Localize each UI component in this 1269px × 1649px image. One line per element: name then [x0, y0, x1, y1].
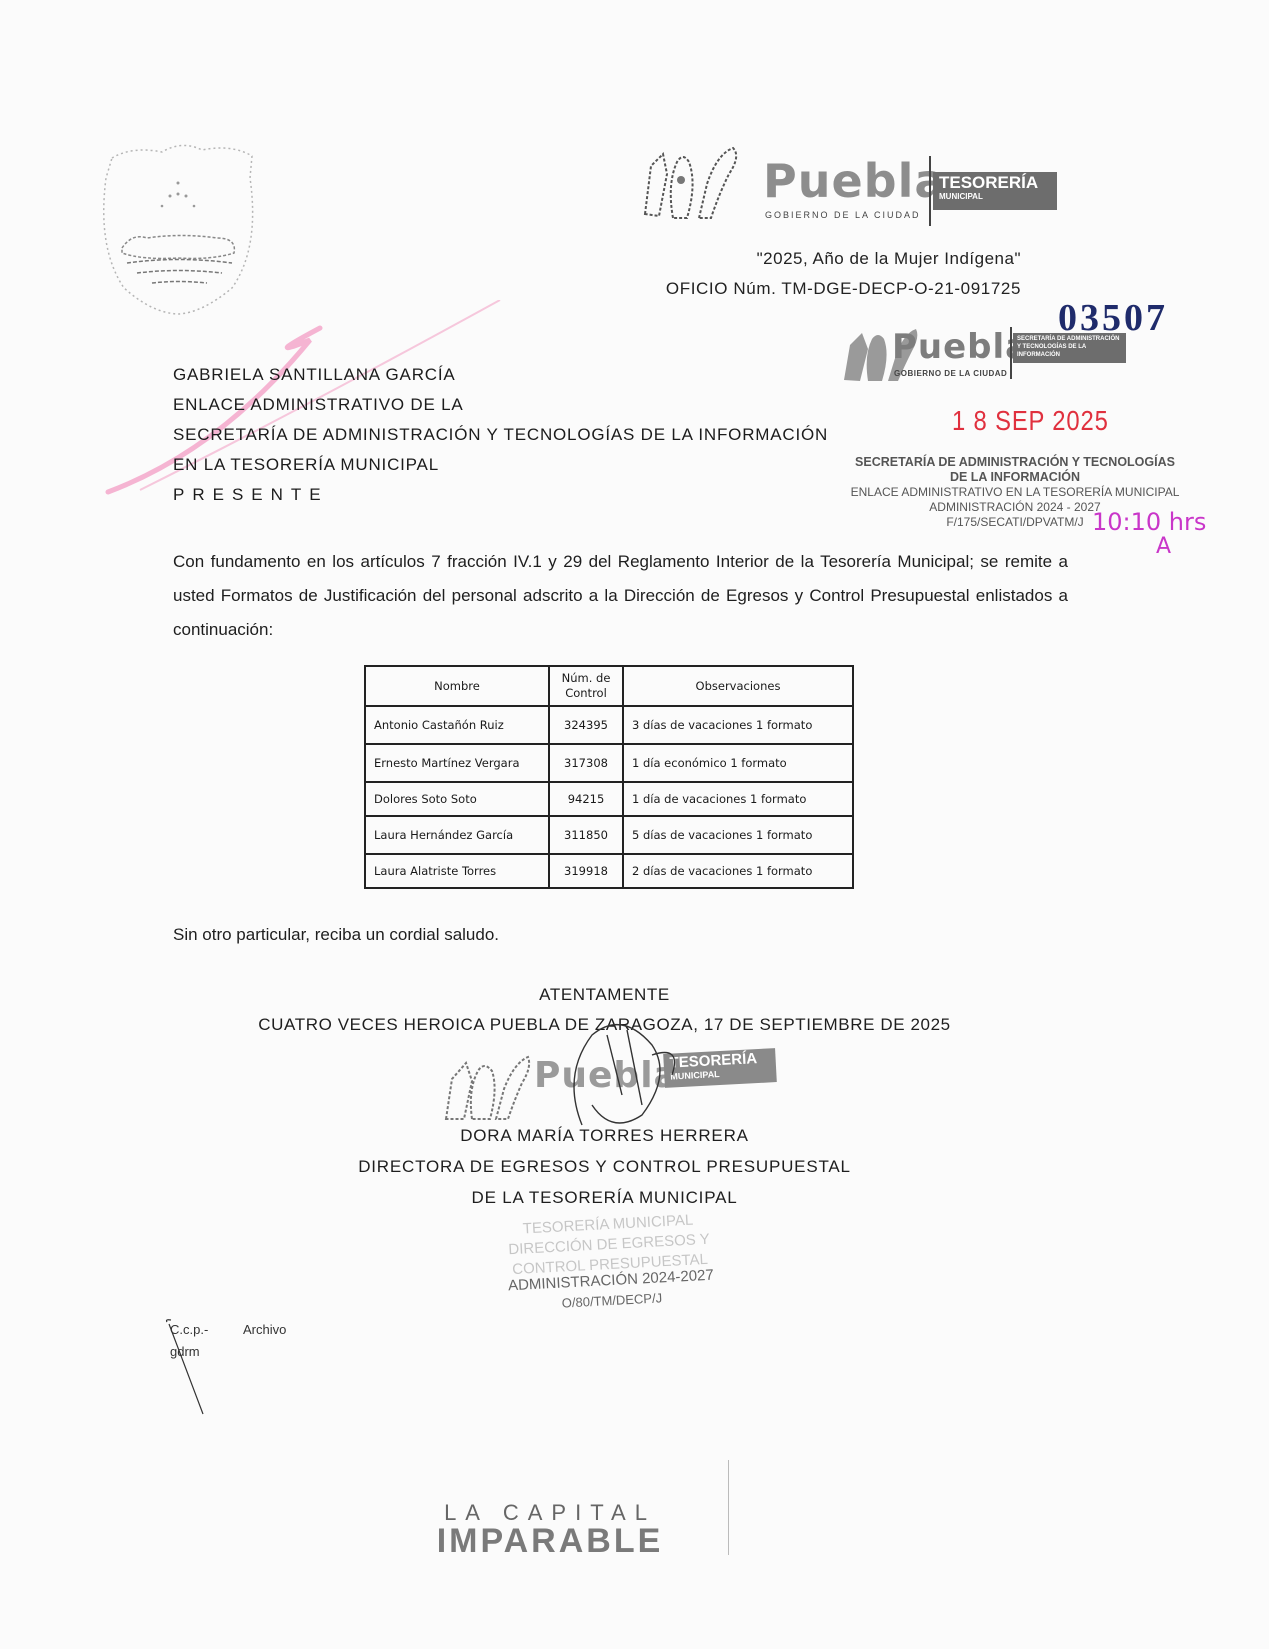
table-row: Laura Hernández García 311850 5 días de … [365, 816, 853, 854]
logo-subtitle: GOBIERNO DE LA CIUDAD [765, 210, 921, 220]
addressee-title: EN LA TESORERÍA MUNICIPAL [173, 450, 828, 480]
stamp-line: ENLACE ADMINISTRATIVO EN LA TESORERÍA MU… [830, 485, 1200, 500]
addressee-title: ENLACE ADMINISTRATIVO DE LA [173, 390, 828, 420]
year-motto: "2025, Año de la Mujer Indígena" [757, 249, 1021, 269]
stamp-line: SECRETARÍA DE ADMINISTRACIÓN Y TECNOLOGÍ… [830, 455, 1200, 470]
stamp-subtitle: GOBIERNO DE LA CIUDAD [894, 369, 1007, 378]
table-row: Dolores Soto Soto 94215 1 día de vacacio… [365, 782, 853, 816]
table-row: Antonio Castañón Ruiz 324395 3 días de v… [365, 706, 853, 744]
stamp-line: DE LA INFORMACIÓN [830, 470, 1200, 485]
column-header: Nombre [365, 666, 549, 706]
logo-wordmark: Puebla [763, 154, 946, 208]
logo-divider [929, 156, 931, 226]
column-header: Observaciones [623, 666, 853, 706]
ccp-value: Archivo [243, 1322, 286, 1337]
signature-scribble [552, 1015, 692, 1135]
tesoreria-badge: TESORERÍA MUNICIPAL [933, 172, 1057, 210]
closing-line: Sin otro particular, reciba un cordial s… [173, 925, 499, 945]
city-crest-icon [92, 138, 264, 318]
table-row: Laura Alatriste Torres 319918 2 días de … [365, 854, 853, 888]
addressee-title: SECRETARÍA DE ADMINISTRACIÓN Y TECNOLOGÍ… [173, 420, 828, 450]
tesoreria-seal-stamp: Puebla TESORERÍA MUNICIPAL [442, 1045, 782, 1130]
la-capital-imparable-logo: LA CAPITAL IMPARABLE [400, 1500, 700, 1561]
cell-nombre: Antonio Castañón Ruiz [365, 706, 549, 744]
cell-control: 311850 [549, 816, 623, 854]
atentamente-label: ATENTAMENTE [0, 985, 1209, 1005]
cell-control: 94215 [549, 782, 623, 816]
signer-name: DORA MARÍA TORRES HERRERA [0, 1126, 1209, 1146]
justification-table: Nombre Núm. de Control Observaciones Ant… [364, 665, 854, 889]
body-paragraph: Con fundamento en los artículos 7 fracci… [173, 545, 1068, 647]
secati-logo-stamp: Puebla GOBIERNO DE LA CIUDAD SECRETARÍA … [840, 325, 1180, 395]
addressee-block: GABRIELA SANTILLANA GARCÍA ENLACE ADMINI… [173, 360, 828, 510]
slogan-line2: IMPARABLE [400, 1522, 700, 1561]
presente-label: PRESENTE [173, 480, 828, 510]
date-received-stamp: 1 8 SEP 2025 [952, 405, 1109, 437]
column-header: Núm. de Control [549, 666, 623, 706]
badge-line1: TESORERÍA [939, 174, 1051, 191]
puebla-emblem-icon [442, 1053, 532, 1123]
cell-nombre: Laura Alatriste Torres [365, 854, 549, 888]
cell-observaciones: 5 días de vacaciones 1 formato [623, 816, 853, 854]
badge-line2: MUNICIPAL [939, 193, 1051, 201]
cell-observaciones: 1 día de vacaciones 1 formato [623, 782, 853, 816]
cell-nombre: Laura Hernández García [365, 816, 549, 854]
handwritten-initial: A [1156, 534, 1171, 559]
cell-observaciones: 2 días de vacaciones 1 formato [623, 854, 853, 888]
signer-title: DE LA TESORERÍA MUNICIPAL [0, 1188, 1209, 1208]
cell-control: 317308 [549, 744, 623, 782]
handwritten-time: 10:10 hrs [1092, 508, 1206, 536]
cell-nombre: Dolores Soto Soto [365, 782, 549, 816]
secati-badge: SECRETARÍA DE ADMINISTRACIÓN Y TECNOLOGÍ… [1013, 333, 1126, 363]
puebla-tesoreria-logo: Puebla GOBIERNO DE LA CIUDAD TESORERÍA M… [665, 150, 1115, 240]
cell-nombre: Ernesto Martínez Vergara [365, 744, 549, 782]
signer-title: DIRECTORA DE EGRESOS Y CONTROL PRESUPUES… [0, 1157, 1209, 1177]
table-row: Ernesto Martínez Vergara 317308 1 día ec… [365, 744, 853, 782]
addressee-name: GABRIELA SANTILLANA GARCÍA [173, 360, 828, 390]
stamp-wordmark: Puebla [892, 327, 1029, 367]
check-mark-stroke [163, 1318, 213, 1418]
cell-observaciones: 1 día económico 1 formato [623, 744, 853, 782]
stamp-divider [1010, 327, 1012, 379]
oficio-number: OFICIO Núm. TM-DGE-DECP-O-21-091725 [666, 279, 1021, 299]
cell-control: 319918 [549, 854, 623, 888]
puebla-emblem-icon [637, 144, 747, 224]
cell-observaciones: 3 días de vacaciones 1 formato [623, 706, 853, 744]
footer-divider [728, 1460, 729, 1555]
department-stamp: TESORERÍA MUNICIPAL DIRECCIÓN DE EGRESOS… [488, 1209, 733, 1317]
table-header-row: Nombre Núm. de Control Observaciones [365, 666, 853, 706]
cell-control: 324395 [549, 706, 623, 744]
